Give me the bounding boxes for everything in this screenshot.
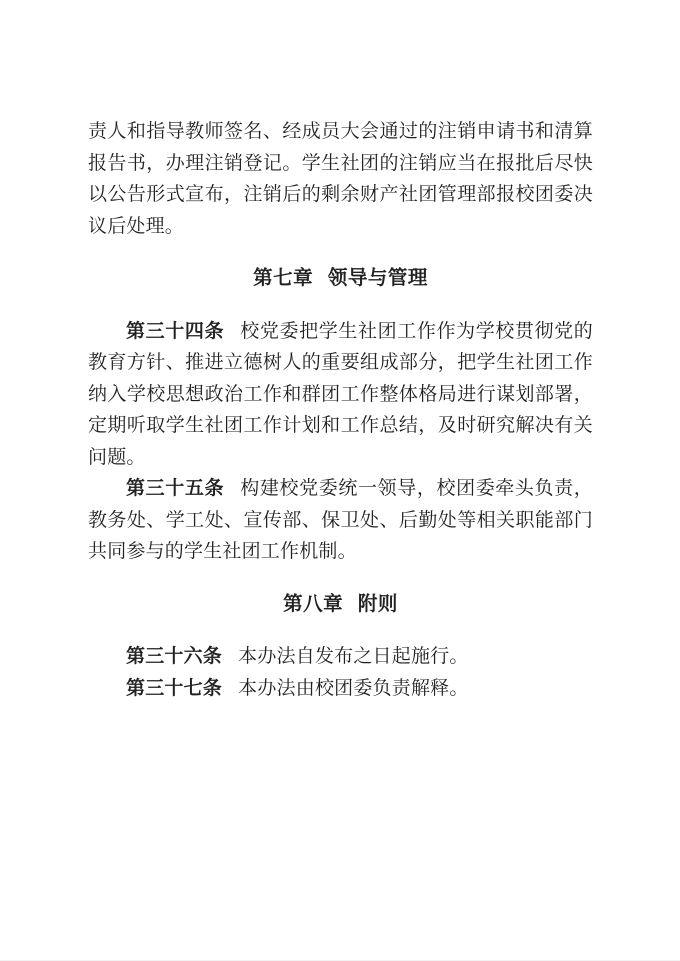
- article-36-text: 本办法自发布之日起施行。: [238, 646, 468, 667]
- chapter-8-number: 第八章: [283, 594, 343, 615]
- paragraph-deregistration-continued: 责人和指导教师签名、经成员大会通过的注销申请书和清算报告书，办理注销登记。学生社…: [88, 116, 593, 242]
- article-35-number: 第三十五条: [126, 478, 224, 499]
- document-content: 责人和指导教师签名、经成员大会通过的注销申请书和清算报告书，办理注销登记。学生社…: [0, 0, 680, 704]
- article-34-number: 第三十四条: [126, 321, 224, 342]
- article-37-paragraph: 第三十七条本办法由校团委负责解释。: [88, 673, 593, 705]
- article-36-paragraph: 第三十六条本办法自发布之日起施行。: [88, 641, 593, 673]
- article-35-paragraph: 第三十五条构建校党委统一领导，校团委牵头负责，教务处、学工处、宣传部、保卫处、后…: [88, 473, 593, 568]
- article-37-text: 本办法由校团委负责解释。: [238, 678, 468, 699]
- chapter-7-number: 第七章: [253, 268, 313, 289]
- document-page: 责人和指导教师签名、经成员大会通过的注销申请书和清算报告书，办理注销登记。学生社…: [0, 0, 680, 961]
- article-34-text: 校党委把学生社团工作作为学校贯彻党的教育方针、推进立德树人的重要组成部分，把学生…: [88, 321, 593, 468]
- chapter-8-heading: 第八章附则: [88, 589, 593, 621]
- article-37-number: 第三十七条: [126, 678, 222, 699]
- article-36-number: 第三十六条: [126, 646, 222, 667]
- article-34-paragraph: 第三十四条校党委把学生社团工作作为学校贯彻党的教育方针、推进立德树人的重要组成部…: [88, 316, 593, 474]
- chapter-8-title: 附则: [358, 594, 398, 615]
- chapter-7-heading: 第七章领导与管理: [88, 263, 593, 295]
- chapter-7-title: 领导与管理: [328, 268, 428, 289]
